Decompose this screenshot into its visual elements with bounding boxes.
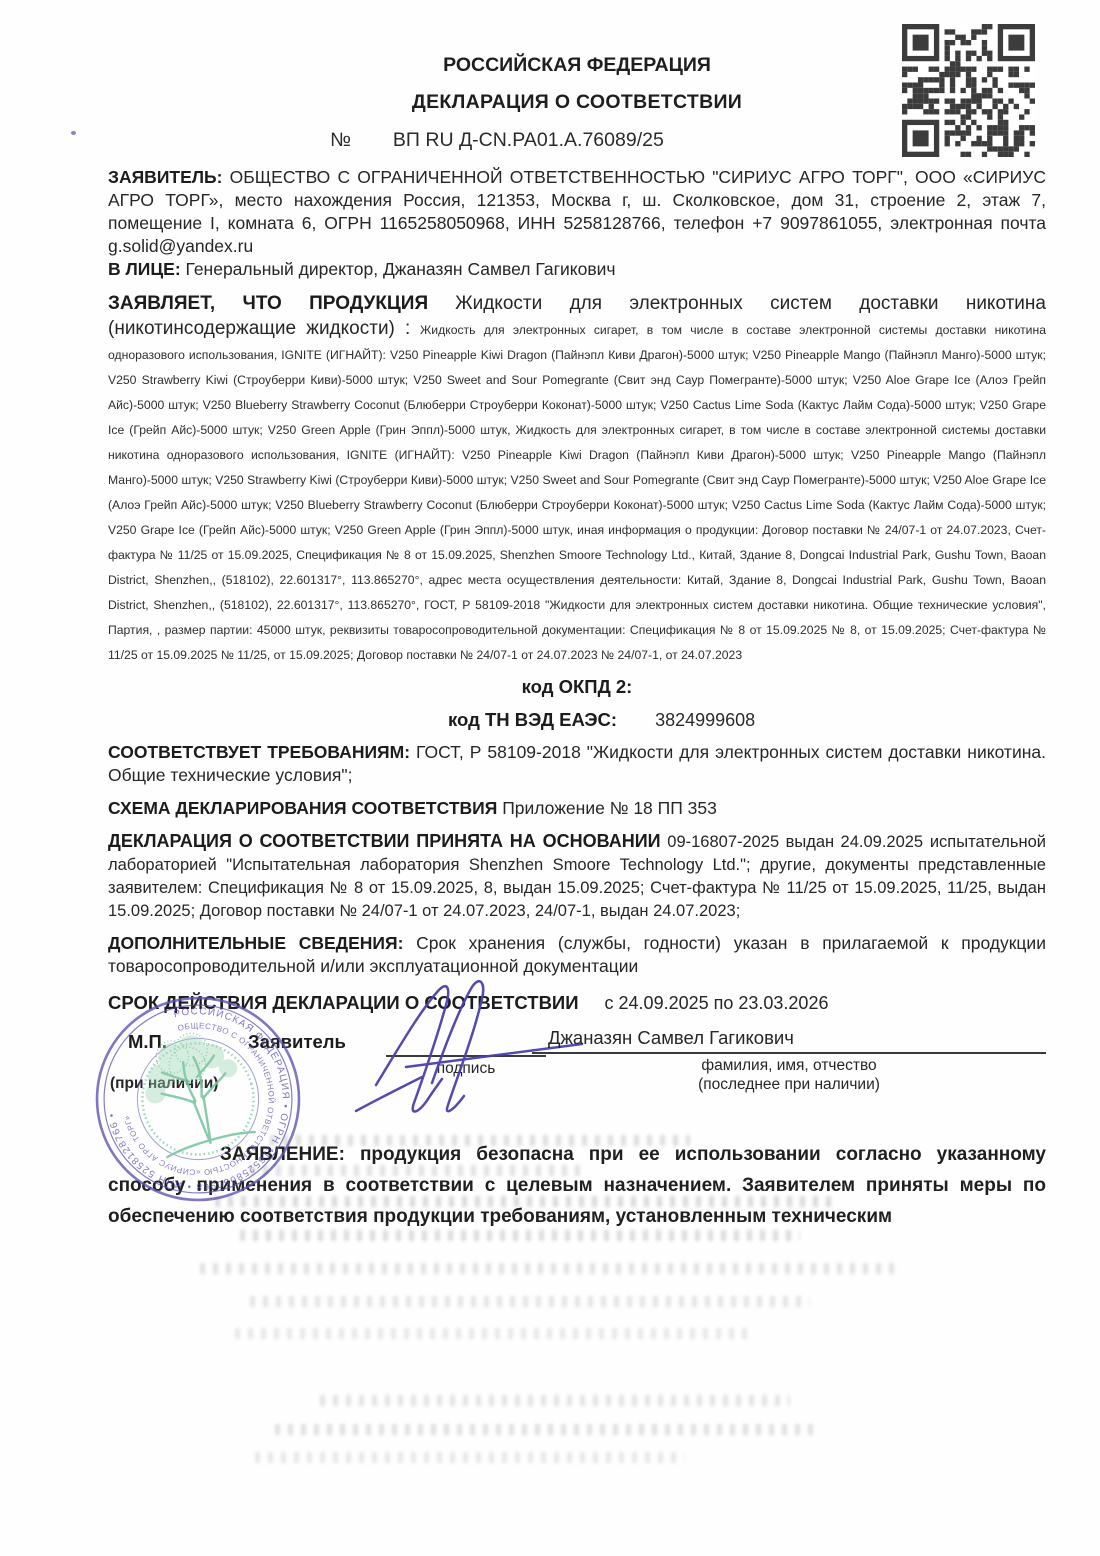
scheme-text: Приложение № 18 ПП 353 <box>502 798 717 818</box>
validity-dates: с 24.09.2025 по 23.03.2026 <box>605 993 829 1013</box>
product-declaration-paragraph: ЗАЯВЛЯЕТ, ЧТО ПРОДУКЦИЯ Жидкости для эле… <box>108 291 1046 666</box>
applicant-label: ЗАЯВИТЕЛЬ: <box>108 167 222 187</box>
in-person-label: В ЛИЦЕ: <box>108 259 181 279</box>
safety-statement-paragraph: ЗАЯВЛЕНИЕ: продукция безопасна при ее ис… <box>108 1139 1046 1232</box>
applicant-text: ОБЩЕСТВО С ОГРАНИЧЕННОЙ ОТВЕТСТВЕННОСТЬЮ… <box>108 167 1046 256</box>
ink-dot-artifact <box>71 131 76 135</box>
additional-info-paragraph: ДОПОЛНИТЕЛЬНЫЕ СВЕДЕНИЯ: Срок хранения (… <box>108 932 1046 978</box>
basis-label: ДЕКЛАРАЦИЯ О СООТВЕТСТВИИ ПРИНЯТА НА ОСН… <box>108 831 661 851</box>
ghost-text-line <box>250 1296 810 1307</box>
stamp-place-column: М.П. (при наличии) <box>108 1025 248 1117</box>
name-line <box>532 1052 1046 1054</box>
country-title: РОССИЙСКАЯ ФЕДЕРАЦИЯ <box>108 0 1046 77</box>
basis-protocol: 09-16807-2025 выдан 24.09.2025 <box>667 833 923 851</box>
validity-label: СРОК ДЕЙСТВИЯ ДЕКЛАРАЦИИ О СООТВЕТСТВИИ <box>108 992 579 1013</box>
ghost-text-line <box>270 1135 690 1146</box>
applicant-role-label: Заявитель <box>248 1025 386 1117</box>
ghost-text-line <box>275 1424 815 1435</box>
declaration-number: ВП RU Д-CN.РА01.А.76089/25 <box>393 129 664 151</box>
document-content: РОССИЙСКАЯ ФЕДЕРАЦИЯ ДЕКЛАРАЦИЯ О СООТВЕ… <box>108 0 1046 1232</box>
scheme-paragraph: СХЕМА ДЕКЛАРИРОВАНИЯ СООТВЕТСТВИЯ Прилож… <box>108 797 1046 820</box>
ghost-text-line <box>200 1263 900 1274</box>
tnved-label: код ТН ВЭД ЕАЭС: <box>448 709 617 730</box>
number-sign: № <box>330 129 351 151</box>
compliance-label: СООТВЕТСТВУЕТ ТРЕБОВАНИЯМ: <box>108 742 410 762</box>
basis-paragraph: ДЕКЛАРАЦИЯ О СООТВЕТСТВИИ ПРИНЯТА НА ОСН… <box>108 830 1046 922</box>
declaration-of-conformity-document: РОССИЙСКАЯ ФЕДЕРАЦИЯ ДЕКЛАРАЦИЯ О СООТВЕ… <box>0 0 1100 1556</box>
ghost-text-line <box>240 1230 800 1241</box>
declaration-number-line: №ВП RU Д-CN.РА01.А.76089/25 <box>108 129 1046 152</box>
tnved-code-line: код ТН ВЭД ЕАЭС:3824999608 <box>108 709 1046 731</box>
additional-label: ДОПОЛНИТЕЛЬНЫЕ СВЕДЕНИЯ: <box>108 933 403 953</box>
signature-block: РОССИЙСКАЯ ФЕДЕРАЦИЯ • ОГРН 116525805096… <box>108 1025 1046 1117</box>
name-caption-2: (последнее при наличии) <box>532 1076 1046 1094</box>
applicant-paragraph: ЗАЯВИТЕЛЬ: ОБЩЕСТВО С ОГРАНИЧЕННОЙ ОТВЕТ… <box>108 166 1046 258</box>
tnved-value: 3824999608 <box>655 710 755 730</box>
scheme-label: СХЕМА ДЕКЛАРИРОВАНИЯ СООТВЕТСТВИЯ <box>108 798 497 818</box>
signature-caption: подпись <box>386 1060 546 1078</box>
ghost-text-line <box>235 1328 755 1339</box>
signatory-name: Джаназян Самвел Гагикович <box>532 1027 1046 1049</box>
signature-line <box>386 1055 546 1057</box>
ghost-text-line <box>250 1165 580 1176</box>
compliance-paragraph: СООТВЕТСТВУЕТ ТРЕБОВАНИЯМ: ГОСТ, Р 58109… <box>108 741 1046 787</box>
in-person-paragraph: В ЛИЦЕ: Генеральный директор, Джаназян С… <box>108 258 1046 281</box>
validity-paragraph: СРОК ДЕЙСТВИЯ ДЕКЛАРАЦИИ О СООТВЕТСТВИИс… <box>108 991 1046 1015</box>
ghost-text-line <box>215 1196 835 1207</box>
mp-label: М.П. <box>128 1031 248 1053</box>
statement-label: ЗАЯВЛЕНИЕ: <box>220 1144 345 1165</box>
ghost-text-line <box>320 1395 790 1406</box>
okpd-code-label: код ОКПД 2: <box>108 676 1046 698</box>
signature-field: подпись <box>386 1025 546 1117</box>
mp-note: (при наличии) <box>110 1075 248 1093</box>
signatory-name-field: Джаназян Самвел Гагикович фамилия, имя, … <box>532 1025 1046 1117</box>
declares-label: ЗАЯВЛЯЕТ, ЧТО ПРОДУКЦИЯ <box>108 293 428 314</box>
name-caption-1: фамилия, имя, отчество <box>532 1057 1046 1075</box>
in-person-text: Генеральный директор, Джаназян Самвел Га… <box>186 259 616 279</box>
product-details-text: Жидкость для электронных сигарет, в том … <box>108 323 1046 662</box>
document-title: ДЕКЛАРАЦИЯ О СООТВЕТСТВИИ <box>108 91 1046 114</box>
ghost-text-line <box>255 1452 685 1463</box>
